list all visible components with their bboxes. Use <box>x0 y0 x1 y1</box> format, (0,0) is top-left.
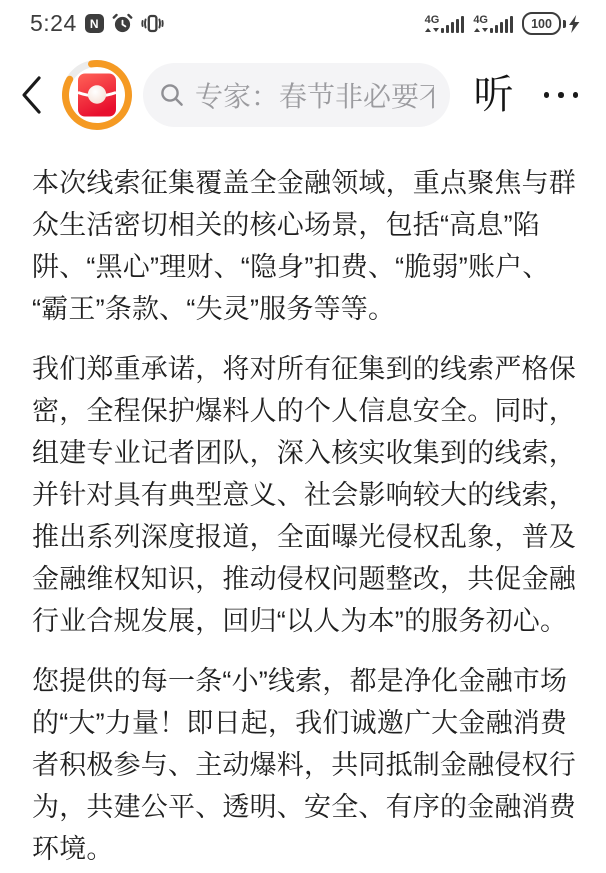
header-bar: 专家：春节非必要不 听 <box>0 45 606 145</box>
article-line: 组建专业记者团队，深入核实收集到的线索， <box>32 432 574 474</box>
article-paragraph: 本次线索征集覆盖全金融领域，重点聚焦与群 众生活密切相关的核心场景，包括“高息”… <box>32 162 574 330</box>
article-body: 本次线索征集覆盖全金融领域，重点聚焦与群 众生活密切相关的核心场景，包括“高息”… <box>0 145 606 870</box>
battery-icon: 100 <box>522 12 580 35</box>
alarm-icon <box>112 13 133 34</box>
article-paragraph: 您提供的每一条“小”线索，都是净化金融市场 的“大”力量！即日起，我们诚邀广大金… <box>32 660 574 870</box>
article-line: 众生活密切相关的核心场景，包括“高息”陷 <box>32 204 574 246</box>
article-line: 环境。 <box>32 828 574 870</box>
battery-level: 100 <box>522 12 561 35</box>
back-chevron-icon <box>20 75 42 115</box>
article-line: 的“大”力量！即日起，我们诚邀广大金融消费 <box>32 702 574 744</box>
more-icon <box>544 92 579 98</box>
more-button[interactable] <box>544 75 579 115</box>
network-type-sim1: 4G <box>425 15 440 26</box>
article-line: “霸王”条款、“失灵”服务等等。 <box>32 288 574 330</box>
article-paragraph: 我们郑重承诺，将对所有征集到的线索严格保 密，全程保护爆料人的个人信息安全。同时… <box>32 348 574 642</box>
clock-time: 5:24 <box>30 10 77 37</box>
article-line: 我们郑重承诺，将对所有征集到的线索严格保 <box>32 348 574 390</box>
listen-button[interactable]: 听 <box>474 75 514 115</box>
article-line: 行业合规发展，回归“以人为本”的服务初心。 <box>32 600 574 642</box>
article-line: 并针对具有典型意义、社会影响较大的线索， <box>32 474 574 516</box>
status-bar: 5:24 N 4G <box>0 0 606 45</box>
vibrate-icon <box>141 13 164 34</box>
network-type-sim2: 4G <box>473 15 488 26</box>
article-line: 本次线索征集覆盖全金融领域，重点聚焦与群 <box>32 162 574 204</box>
article-line: 密，全程保护爆料人的个人信息安全。同时， <box>32 390 574 432</box>
article-line: 金融维权知识，推动侵权问题整改，共促金融 <box>32 558 574 600</box>
article-line: 您提供的每一条“小”线索，都是净化金融市场 <box>32 660 574 702</box>
charging-bolt-icon <box>568 15 580 33</box>
article-line: 为，共建公平、透明、安全、有序的金融消费 <box>32 786 574 828</box>
signal-sim2-icon: 4G <box>473 15 513 33</box>
reward-progress-red-packet-icon[interactable] <box>59 57 135 133</box>
search-placeholder: 专家：春节非必要不 <box>195 75 434 115</box>
article-line: 推出系列深度报道，全面曝光侵权乱象，普及 <box>32 516 574 558</box>
nfc-icon: N <box>85 14 104 33</box>
article-line: 者积极参与、主动爆料，共同抵制金融侵权行 <box>32 744 574 786</box>
search-bar[interactable]: 专家：春节非必要不 <box>143 63 450 127</box>
article-line: 阱、“黑心”理财、“隐身”扣费、“脆弱”账户、 <box>32 246 574 288</box>
signal-sim1-icon: 4G <box>425 15 465 33</box>
search-icon <box>159 82 186 109</box>
back-button[interactable] <box>16 71 46 119</box>
